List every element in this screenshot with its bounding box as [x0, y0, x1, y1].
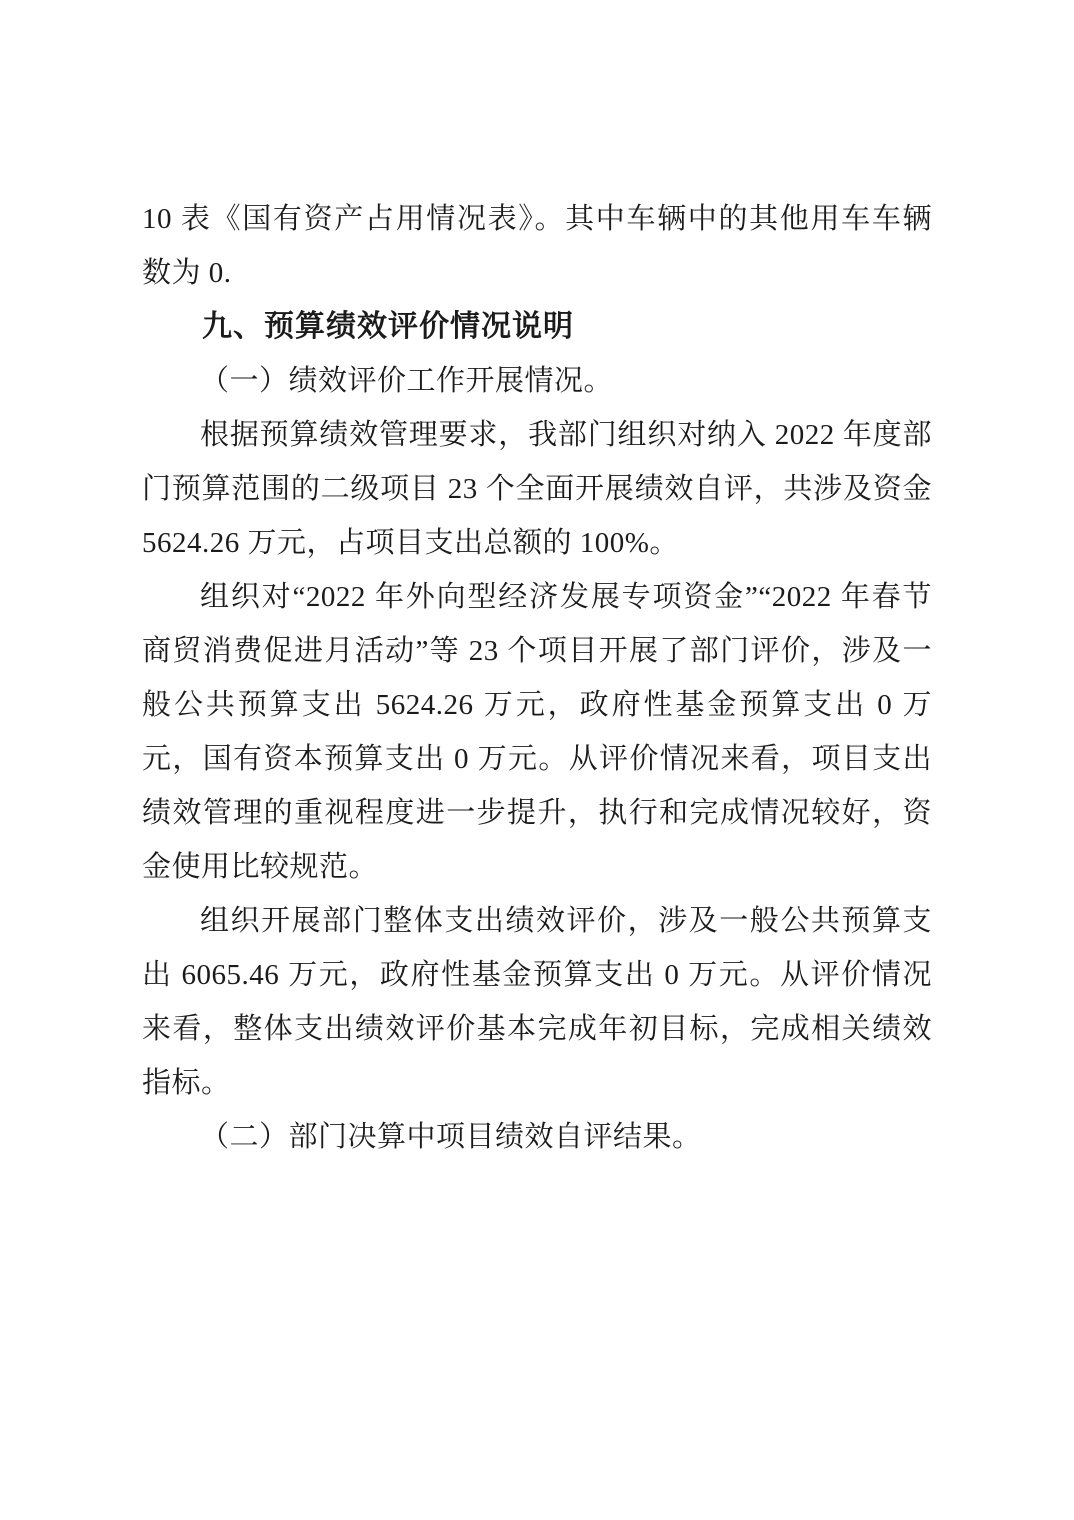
paragraph-overall-expenditure-evaluation: 组织开展部门整体支出绩效评价，涉及一般公共预算支出 6065.46 万元，政府性…: [142, 894, 932, 1110]
heading-section-nine: 九、预算绩效评价情况说明: [142, 300, 932, 354]
paragraph-asset-occupancy-note: 10 表《国有资产占用情况表》。其中车辆中的其他用车车辆数为 0.: [142, 192, 932, 300]
document-page: 10 表《国有资产占用情况表》。其中车辆中的其他用车车辆数为 0. 九、预算绩效…: [0, 0, 1074, 1520]
paragraph-self-evaluation: 根据预算绩效管理要求，我部门组织对纳入 2022 年度部门预算范围的二级项目 2…: [142, 408, 932, 570]
document-content: 10 表《国有资产占用情况表》。其中车辆中的其他用车车辆数为 0. 九、预算绩效…: [142, 192, 932, 1164]
paragraph-department-evaluation: 组织对“2022 年外向型经济发展专项资金”“2022 年春节商贸消费促进月活动…: [142, 570, 932, 894]
heading-subsection-one: （一）绩效评价工作开展情况。: [142, 354, 932, 408]
heading-subsection-two: （二）部门决算中项目绩效自评结果。: [142, 1110, 932, 1164]
